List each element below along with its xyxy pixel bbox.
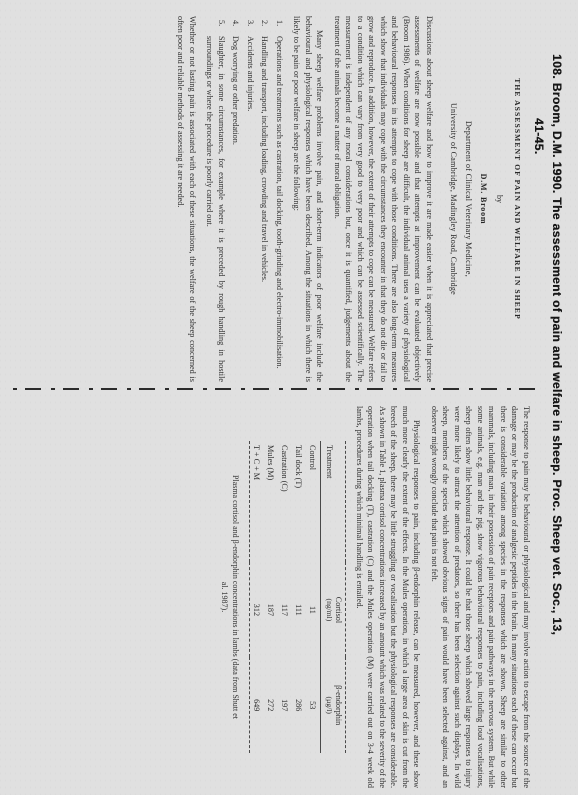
list-marker: 3. <box>245 16 257 36</box>
table-header-treatment: Treatment <box>321 441 347 562</box>
left-paragraph-1: Discussions about sheep welfare and how … <box>332 16 436 382</box>
affiliation-line-1: Department of Clinical Veterinary Medici… <box>464 16 473 382</box>
table-row: T + C + M 312 649 <box>250 441 265 753</box>
gutter-fold-line <box>5 388 535 390</box>
list-marker: 4. <box>230 16 242 36</box>
list-item-4: 4. Dog worrying or other predation. <box>230 16 242 382</box>
table-row: Castration (C) 117 197 <box>278 441 292 753</box>
list-marker: 5. <box>204 16 227 36</box>
right-paragraph-2: Physiological responses to pain, includi… <box>354 406 423 788</box>
scanned-page-spread: 108. Broom, D.M. 1990. The assessment of… <box>0 0 578 795</box>
table-row: Tail dock (T) 111 286 <box>292 441 306 753</box>
welfare-problems-list: 1. Operations and treatments such as cas… <box>204 16 285 382</box>
list-marker: 1. <box>274 16 286 36</box>
cortisol-unit: (ng/ml) <box>325 566 334 653</box>
right-page-body: The response to pain may be behavioural … <box>354 406 533 788</box>
list-item-5: 5. Slaughter, in some circumstances, for… <box>204 16 227 382</box>
table-row: Control 11 53 <box>306 441 321 753</box>
list-item-2: 2. Handling and transport, including loa… <box>259 16 271 382</box>
list-item-3: 3. Accidents and injuries. <box>245 16 257 382</box>
list-marker: 2. <box>259 16 271 36</box>
left-page: THE ASSESSMENT OF PAIN AND WELFARE IN SH… <box>169 16 522 382</box>
treatments-table: Treatment Cortisol (ng/ml) β-endorphin (… <box>249 441 347 753</box>
table-header-endorphin: β-endorphin (µg/l) <box>321 657 347 753</box>
table-caption: Plasma cortisol and β-endorphin concentr… <box>219 471 241 723</box>
citation-line-1: 108. Broom, D.M. 1990. The assessment of… <box>550 54 564 635</box>
right-page: The response to pain may be behavioural … <box>219 406 532 788</box>
list-item-1: 1. Operations and treatments such as cas… <box>274 16 286 382</box>
byline: by <box>495 16 504 382</box>
article-title: THE ASSESSMENT OF PAIN AND WELFARE IN SH… <box>513 16 522 382</box>
citation-annotation: 108. Broom, D.M. 1990. The assessment of… <box>530 54 566 754</box>
left-paragraph-2: Many sheep welfare problems involve pain… <box>291 16 326 382</box>
left-page-body: Discussions about sheep welfare and how … <box>175 16 435 382</box>
table-row: Mules (M) 187 272 <box>264 441 278 753</box>
endorphin-unit: (µg/l) <box>325 661 334 749</box>
left-closing-paragraph: Whether or not lasting pain is associate… <box>175 16 198 382</box>
right-paragraph-1: The response to pain may be behavioural … <box>429 406 533 788</box>
citation-line-2: 41-45. <box>530 118 548 754</box>
title-block: THE ASSESSMENT OF PAIN AND WELFARE IN SH… <box>449 16 522 382</box>
list-item-text: Slaughter, in some circumstances, for ex… <box>204 36 227 382</box>
list-item-text: Dog worrying or other predation. <box>230 36 242 382</box>
list-item-text: Accidents and injuries. <box>245 36 257 382</box>
list-item-text: Operations and treatments such as castra… <box>274 36 286 382</box>
affiliation-line-2: University of Cambridge, Madingley Road,… <box>449 16 458 382</box>
list-item-text: Handling and transport, including loadin… <box>259 36 271 382</box>
document-scan-viewport: 108. Broom, D.M. 1990. The assessment of… <box>0 0 578 795</box>
table-header: Treatment Cortisol (ng/ml) β-endorphin (… <box>321 441 347 753</box>
author-name: D.M. Broom <box>479 16 488 382</box>
table-header-cortisol: Cortisol (ng/ml) <box>321 562 347 657</box>
